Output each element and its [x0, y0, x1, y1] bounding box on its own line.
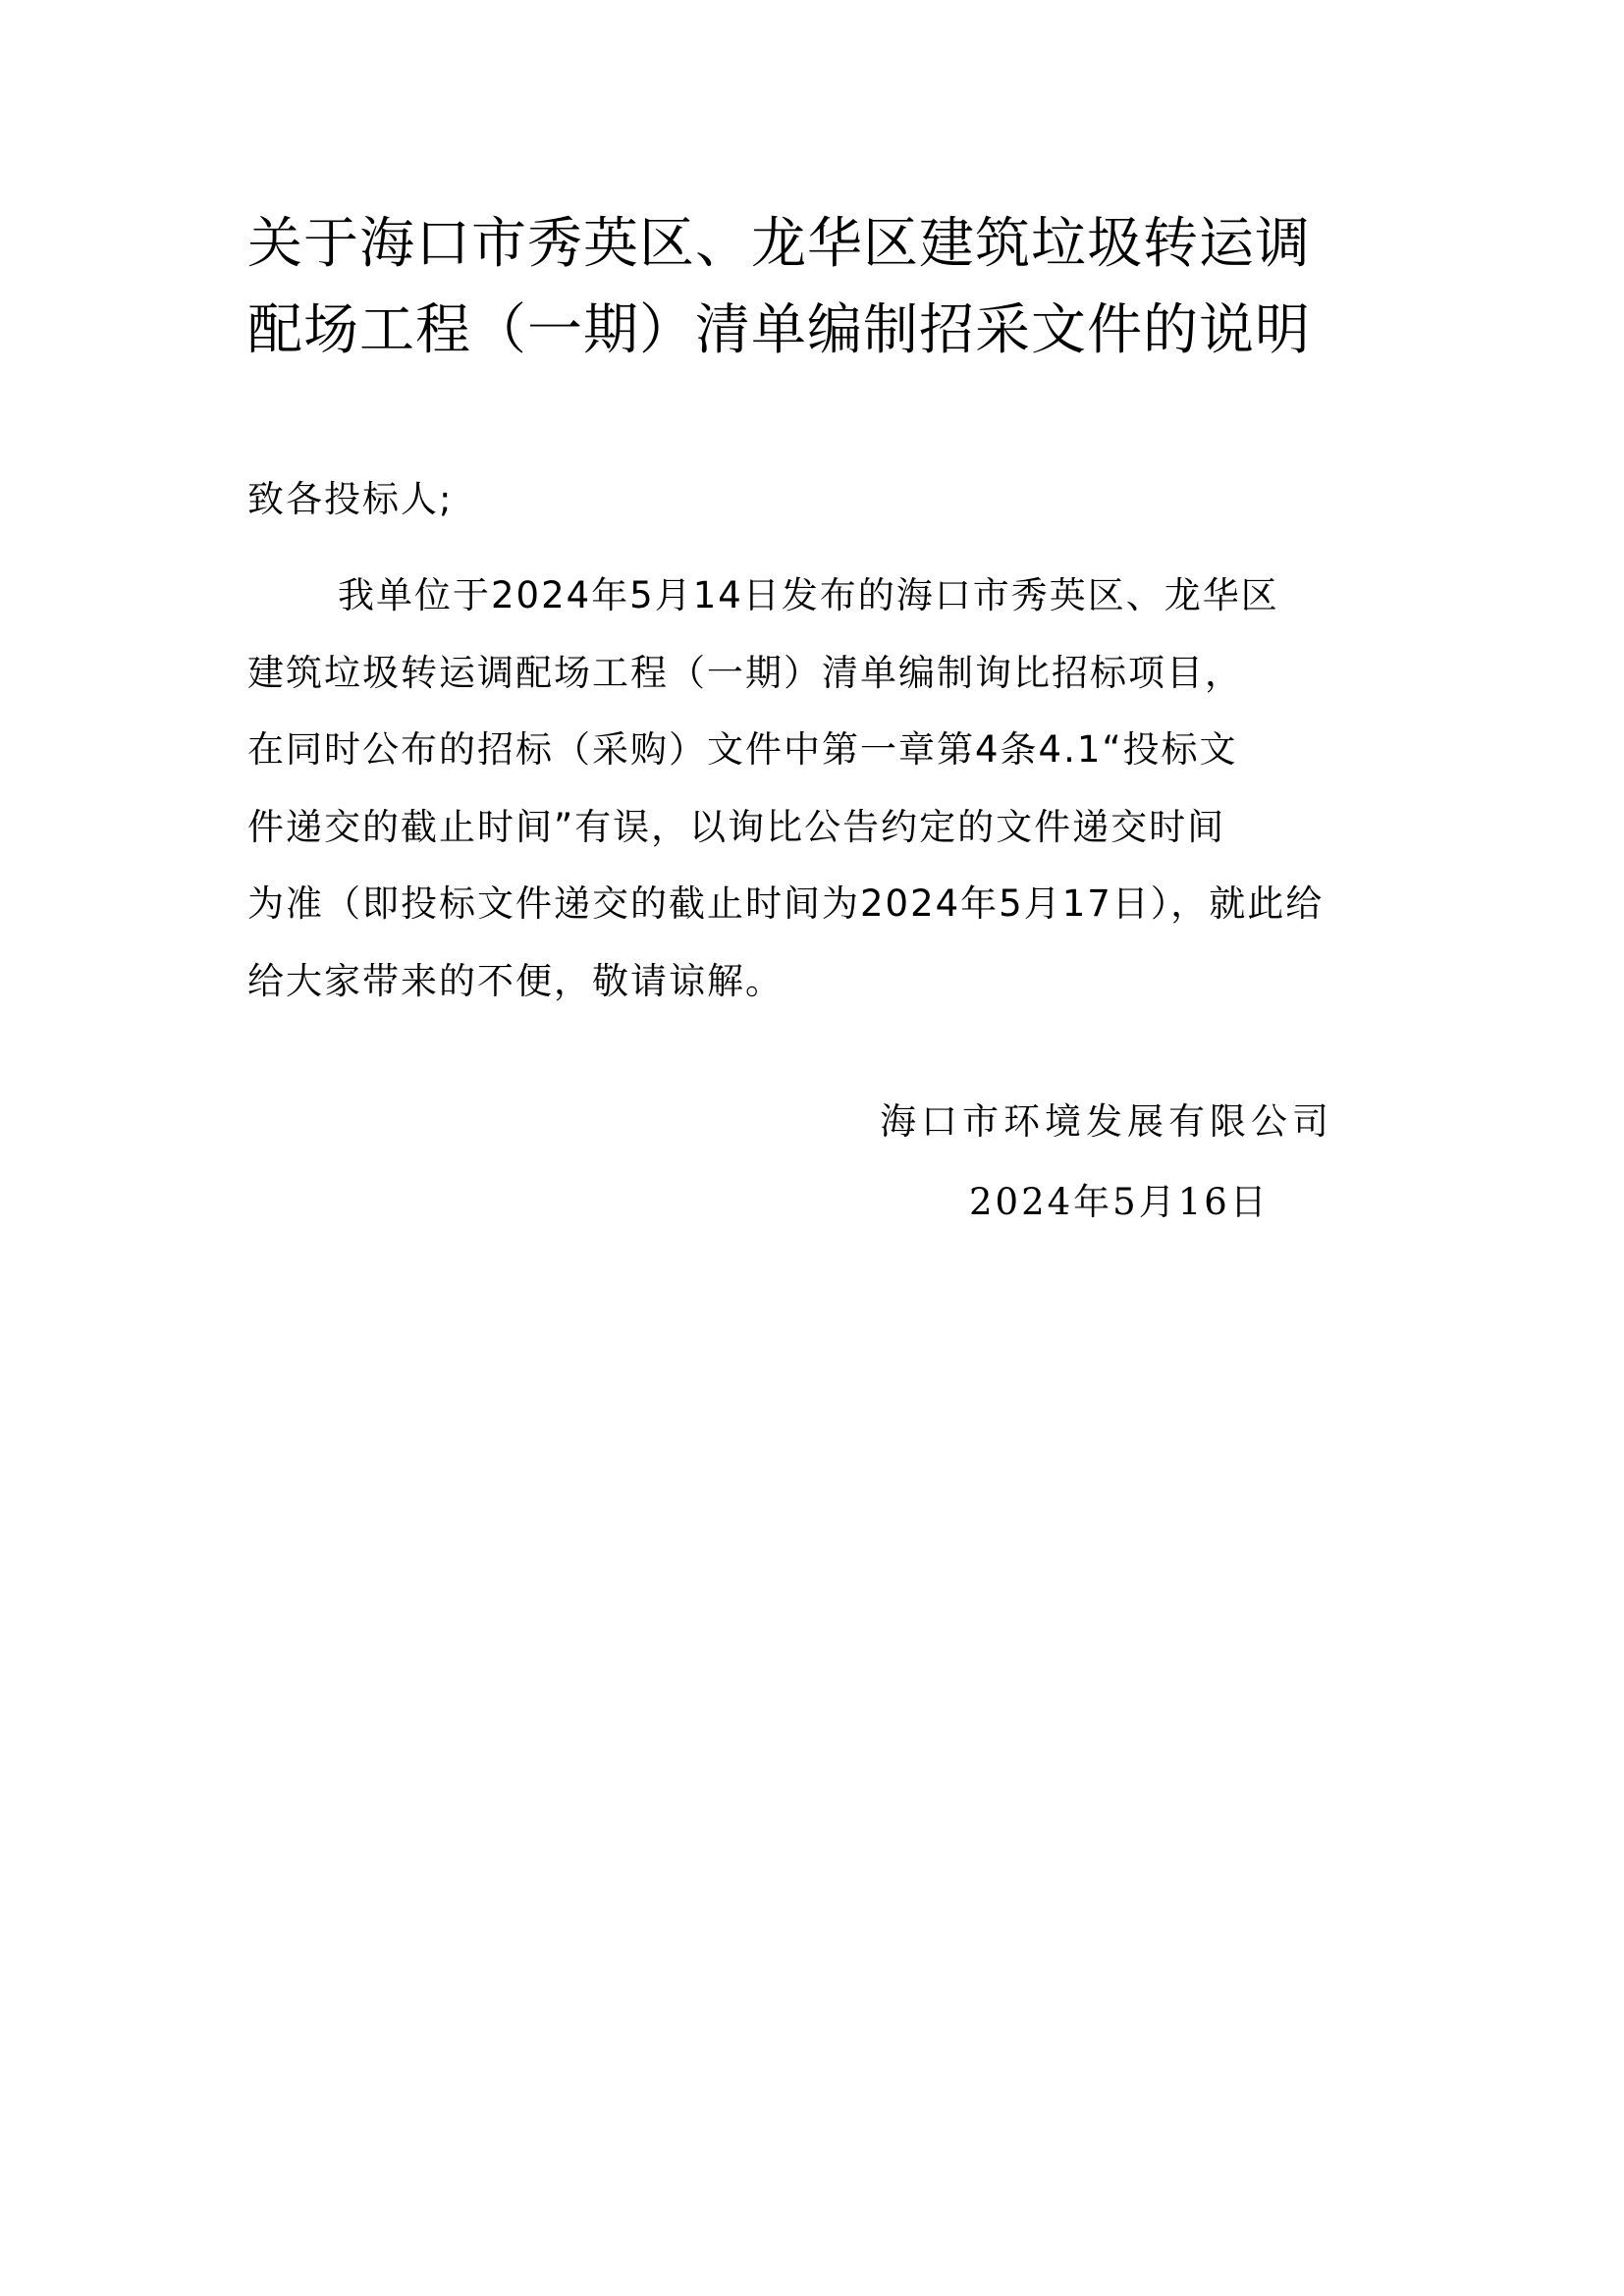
document-title: 关于海口市秀英区、龙华区建筑垃圾转运调 配场工程（一期）清单编制招采文件的说明	[247, 201, 1396, 374]
body-line-2: 建筑垃圾转运调配场工程（一期）清单编制询比招标项目，	[247, 635, 1386, 713]
document-page: 关于海口市秀英区、龙华区建筑垃圾转运调 配场工程（一期）清单编制招采文件的说明 …	[0, 0, 1624, 2296]
body-line-4: 件递交的截止时间”有误，以询比公告约定的文件递交时间	[247, 789, 1386, 867]
body-line-3: 在同时公布的招标（采购）文件中第一章第4条4.1“投标文	[247, 712, 1386, 789]
title-line-1: 关于海口市秀英区、龙华区建筑垃圾转运调	[247, 201, 1396, 288]
title-line-2: 配场工程（一期）清单编制招采文件的说明	[247, 288, 1396, 374]
salutation: 致各投标人;	[247, 475, 1386, 524]
body-line-6: 给大家带来的不便，敬请谅解。	[247, 943, 1386, 1021]
signature-company: 海口市环境发展有限公司	[880, 1097, 1333, 1147]
body-line-1: 我单位于2024年5月14日发布的海口市秀英区、龙华区	[247, 558, 1386, 635]
body-line-5: 为准（即投标文件递交的截止时间为2024年5月17日），就此给	[247, 866, 1386, 943]
body-paragraph: 我单位于2024年5月14日发布的海口市秀英区、龙华区 建筑垃圾转运调配场工程（…	[247, 558, 1386, 1021]
signature-date: 2024年5月16日	[969, 1178, 1270, 1227]
